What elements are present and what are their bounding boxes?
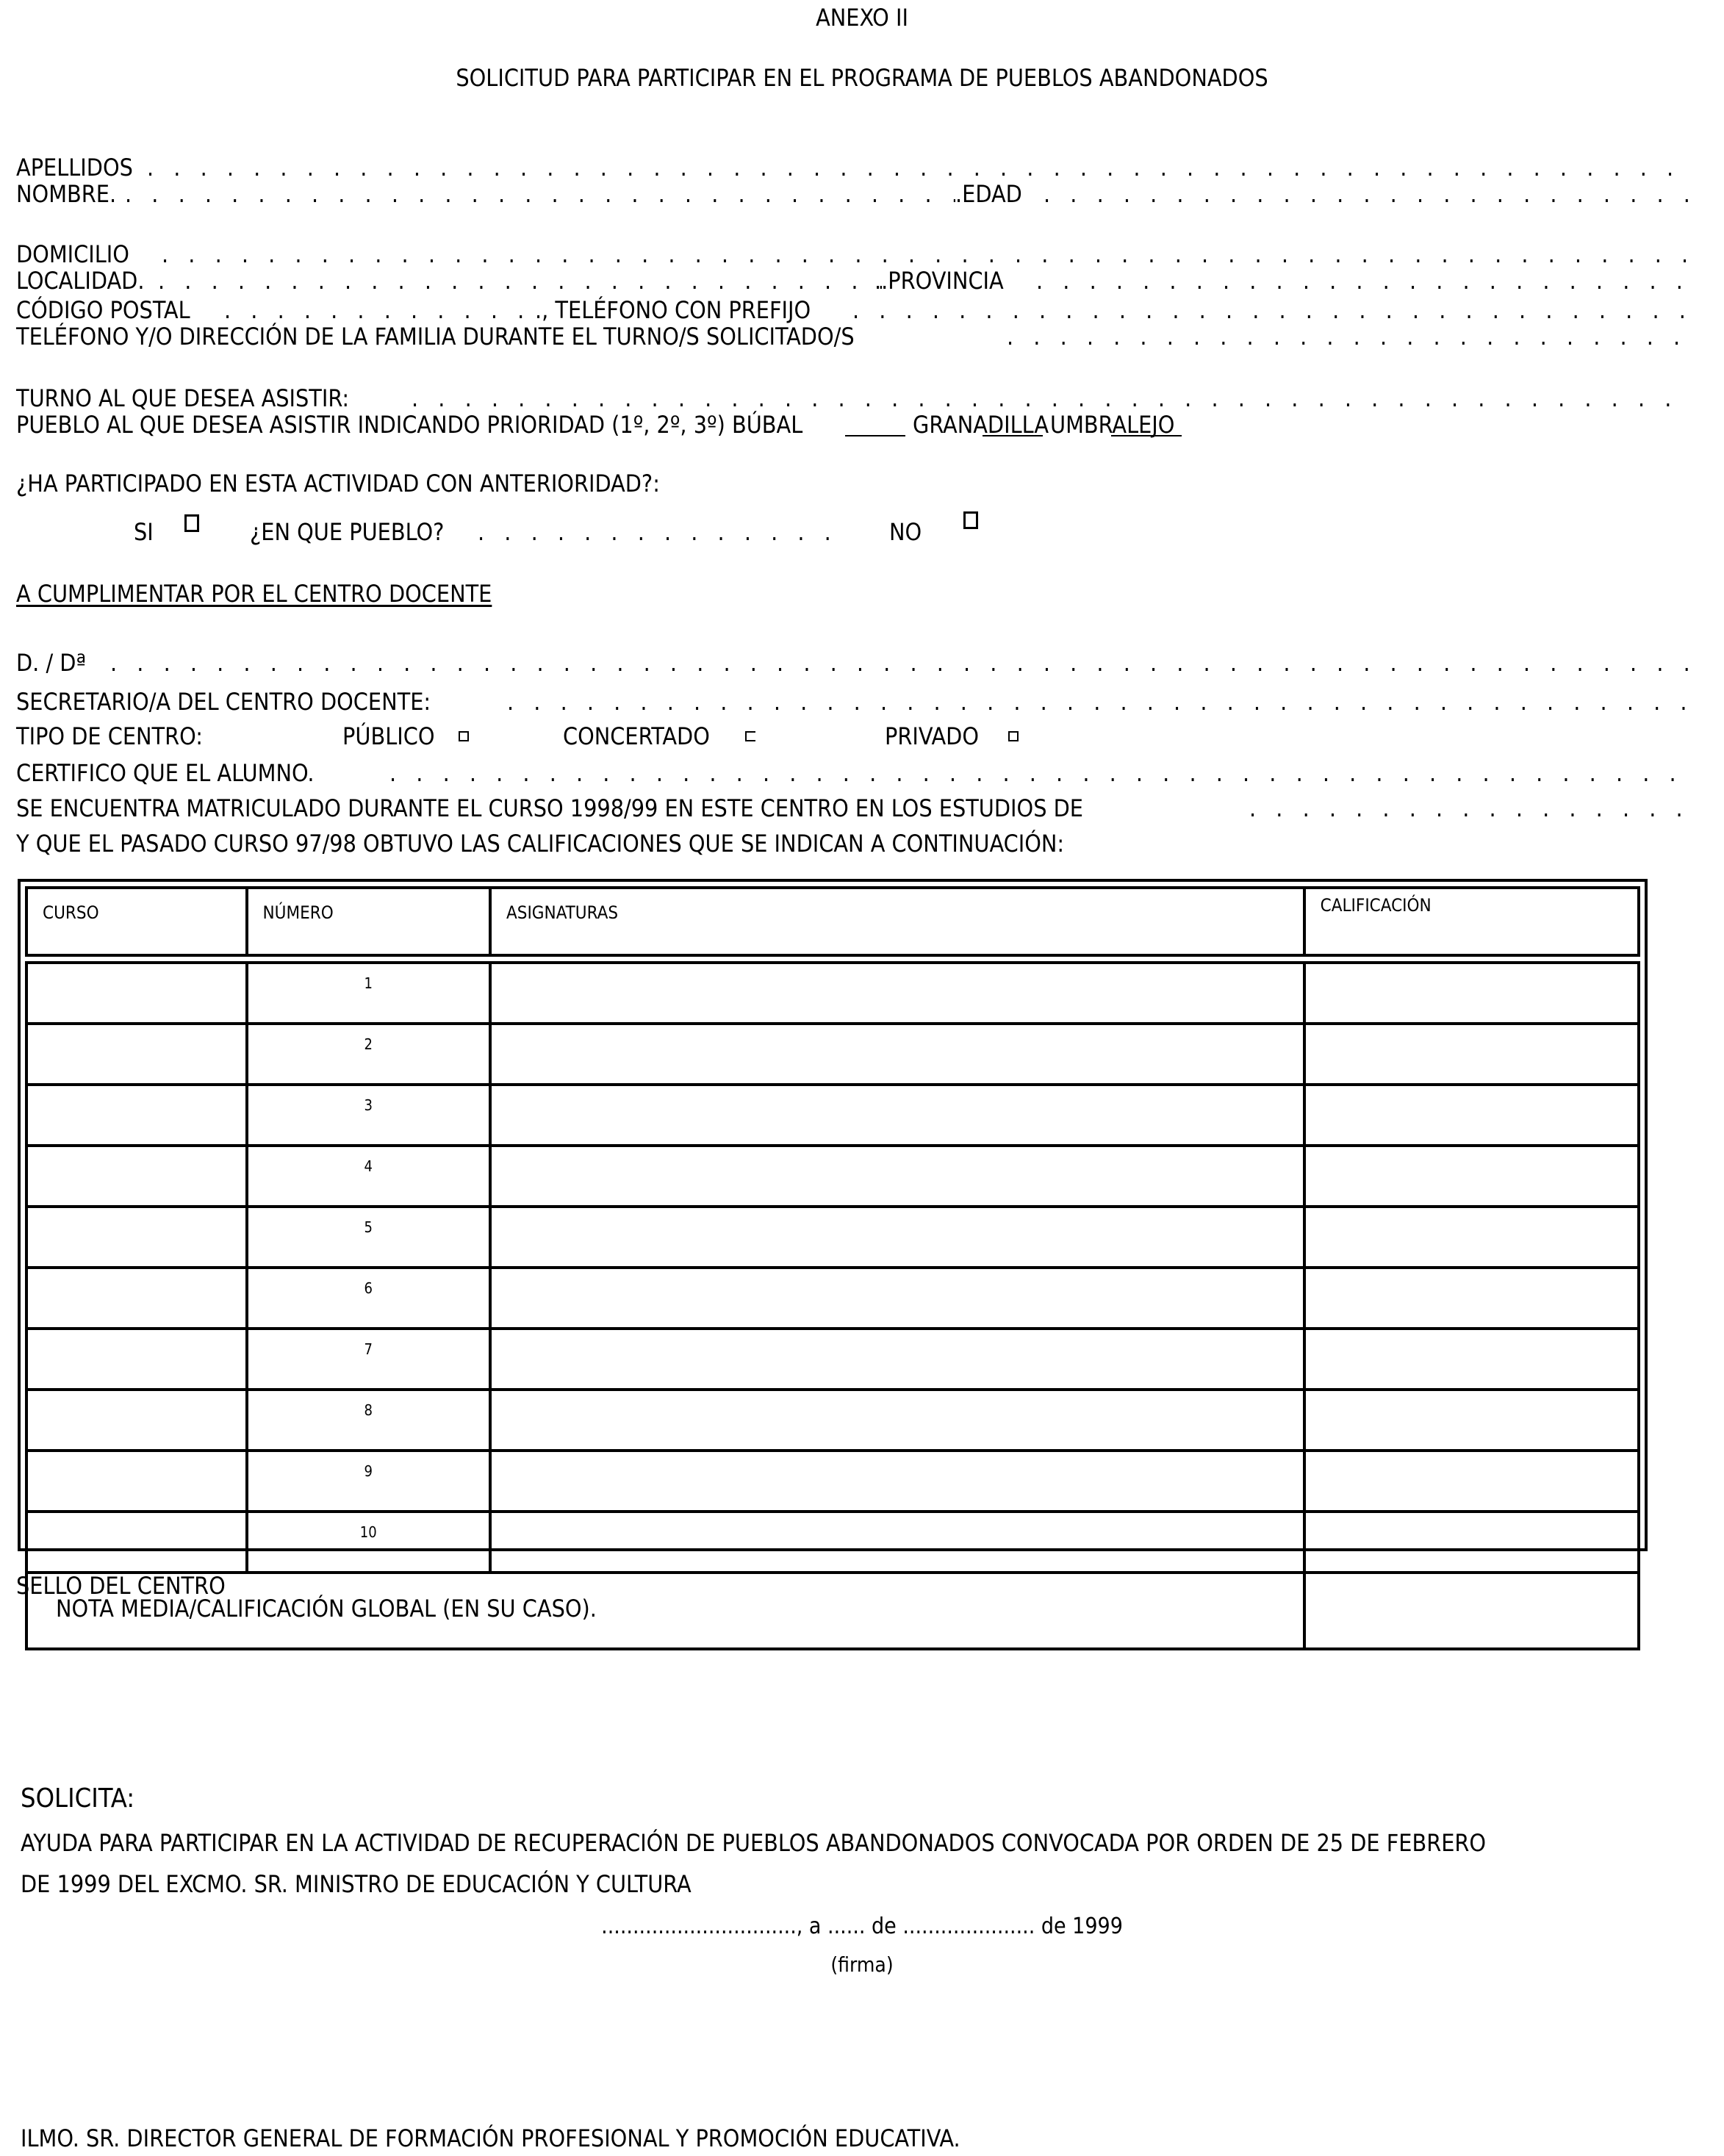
checkbox-privado[interactable] [1008, 731, 1019, 741]
section-title-centro-docente: A CUMPLIMENTAR POR EL CENTRO DOCENTE [16, 581, 492, 607]
column-header-curso: CURSO [26, 888, 247, 955]
table-row: 5 [26, 1207, 1639, 1268]
cell-calificacion[interactable] [1304, 1268, 1639, 1329]
cell-curso[interactable] [26, 1085, 247, 1146]
cell-numero: 3 [247, 1085, 490, 1146]
cell-asignatura[interactable] [490, 1451, 1304, 1512]
field-secretario[interactable] [507, 689, 1690, 715]
cell-asignatura[interactable] [490, 1329, 1304, 1390]
cell-calificacion[interactable] [1304, 1329, 1639, 1390]
cell-calificacion[interactable] [1304, 1024, 1639, 1085]
cell-asignatura[interactable] [490, 1390, 1304, 1451]
cell-asignatura[interactable] [490, 1146, 1304, 1207]
label-en-que-pueblo: ¿EN QUE PUEBLO? [250, 519, 444, 545]
label-telefono-prefijo: ., TELÉFONO CON PREFIJO [535, 297, 811, 323]
label-certifico: CERTIFICO QUE EL ALUMNO. [16, 760, 314, 786]
field-en-que-pueblo[interactable] [478, 519, 838, 545]
label-no: NO [889, 519, 922, 545]
cell-numero: 10 [247, 1512, 490, 1573]
label-secretario: SECRETARIO/A DEL CENTRO DOCENTE: [16, 689, 431, 715]
field-umbralejo[interactable] [1111, 435, 1182, 436]
table-row: 4 [26, 1146, 1639, 1207]
cell-numero: 8 [247, 1390, 490, 1451]
label-provincia: ..PROVINCIA [874, 267, 1004, 294]
cell-numero: 4 [247, 1146, 490, 1207]
cell-curso[interactable] [26, 963, 247, 1024]
checkbox-no[interactable] [963, 511, 978, 529]
cell-asignatura[interactable] [490, 1268, 1304, 1329]
label-turno: TURNO AL QUE DESEA ASISTIR: [16, 385, 349, 412]
column-header-numero: NÚMERO [247, 888, 490, 955]
label-telefono-familia: TELÉFONO Y/O DIRECCIÓN DE LA FAMILIA DUR… [16, 323, 855, 350]
cell-curso[interactable] [26, 1024, 247, 1085]
column-header-asignaturas: ASIGNATURAS [490, 888, 1304, 955]
cell-numero: 5 [247, 1207, 490, 1268]
signature-label: (firma) [0, 1952, 1724, 1978]
annex-label: ANEXO II [0, 4, 1724, 31]
label-edad: .EDAD [955, 181, 1022, 207]
label-sello-centro: SELLO DEL CENTRO [16, 1573, 226, 1599]
field-domicilio[interactable] [162, 241, 1690, 267]
table-row: 8 [26, 1390, 1639, 1451]
field-turno[interactable] [412, 385, 1690, 412]
field-estudios[interactable] [1249, 795, 1690, 822]
label-si: SI [134, 519, 154, 545]
cell-calificacion[interactable] [1304, 1512, 1639, 1573]
cell-calificacion[interactable] [1304, 1085, 1639, 1146]
cell-curso[interactable] [26, 1451, 247, 1512]
cell-asignatura[interactable] [490, 1085, 1304, 1146]
cell-curso[interactable] [26, 1268, 247, 1329]
table-row: 7 [26, 1329, 1639, 1390]
request-text-line-2: DE 1999 DEL EXCMO. SR. MINISTRO DE EDUCA… [21, 1871, 692, 1897]
field-telefono-familia[interactable] [1007, 323, 1690, 350]
field-edad[interactable] [1044, 181, 1690, 207]
label-calificaciones-intro: Y QUE EL PASADO CURSO 97/98 OBTUVO LAS C… [16, 830, 1064, 857]
checkbox-publico[interactable] [459, 731, 469, 741]
label-localidad: LOCALIDAD. [16, 267, 144, 294]
cell-numero: 9 [247, 1451, 490, 1512]
field-granadilla[interactable] [983, 435, 1043, 436]
form-title: SOLICITUD PARA PARTICIPAR EN EL PROGRAMA… [0, 65, 1724, 91]
date-place-line[interactable]: ..............................., a .....… [0, 1914, 1724, 1940]
cell-calificacion[interactable] [1304, 1146, 1639, 1207]
cell-numero: 2 [247, 1024, 490, 1085]
table-row: 6 [26, 1268, 1639, 1329]
table-row: 9 [26, 1451, 1639, 1512]
field-nombre[interactable] [125, 181, 955, 207]
label-previous-question: ¿HA PARTICIPADO EN ESTA ACTIVIDAD CON AN… [16, 470, 660, 497]
cell-curso[interactable] [26, 1146, 247, 1207]
cell-asignatura[interactable] [490, 1207, 1304, 1268]
label-tipo-centro: TIPO DE CENTRO: [16, 723, 203, 750]
cell-curso[interactable] [26, 1207, 247, 1268]
cell-asignatura[interactable] [490, 1024, 1304, 1085]
table-row: 10 [26, 1512, 1639, 1573]
table-row: 2 [26, 1024, 1639, 1085]
cell-numero: 7 [247, 1329, 490, 1390]
table-footer-row: NOTA MEDIA/CALIFICACIÓN GLOBAL (EN SU CA… [26, 1573, 1639, 1649]
label-umbralejo: UMBRALEJO [1050, 412, 1174, 438]
cell-calificacion[interactable] [1304, 1207, 1639, 1268]
field-provincia[interactable] [1036, 267, 1690, 294]
field-telefono-prefijo[interactable] [852, 297, 1690, 323]
checkbox-concertado[interactable] [745, 731, 755, 741]
checkbox-si[interactable] [184, 514, 199, 532]
field-apellidos[interactable] [147, 154, 1690, 181]
cell-calificacion[interactable] [1304, 1451, 1639, 1512]
cell-calificacion[interactable] [1304, 1390, 1639, 1451]
label-solicita: SOLICITA: [21, 1786, 134, 1812]
cell-curso[interactable] [26, 1329, 247, 1390]
nota-media-value[interactable] [1304, 1573, 1639, 1649]
label-apellidos: APELLIDOS [16, 154, 133, 181]
field-localidad[interactable] [158, 267, 882, 294]
field-bubal[interactable] [845, 435, 905, 436]
cell-numero: 6 [247, 1268, 490, 1329]
field-d-da[interactable] [110, 650, 1690, 676]
label-codigo-postal: CÓDIGO POSTAL [16, 297, 190, 323]
header-separator [26, 955, 1639, 963]
label-concertado: CONCERTADO [563, 723, 710, 750]
cell-asignatura[interactable] [490, 1512, 1304, 1573]
field-codigo-postal[interactable] [224, 297, 536, 323]
label-nombre: NOMBRE. [16, 181, 116, 207]
request-text-line-1: AYUDA PARA PARTICIPAR EN LA ACTIVIDAD DE… [21, 1830, 1486, 1856]
table-row: 3 [26, 1085, 1639, 1146]
label-granadilla: GRANADILLA [913, 412, 1049, 438]
addressee: ILMO. SR. DIRECTOR GENERAL DE FORMACIÓN … [21, 2125, 960, 2152]
cell-numero: 1 [247, 963, 490, 1024]
label-d-da: D. / Dª [16, 650, 86, 676]
label-publico: PÚBLICO [342, 723, 434, 750]
column-header-calificacion: CALIFICACIÓN [1304, 888, 1639, 955]
cell-asignatura[interactable] [490, 963, 1304, 1024]
label-pueblo-prioridad: PUEBLO AL QUE DESEA ASISTIR INDICANDO PR… [16, 412, 802, 438]
field-alumno[interactable] [389, 760, 1690, 786]
cell-calificacion[interactable] [1304, 963, 1639, 1024]
grades-table: CURSO NÚMERO ASIGNATURAS CALIFICACIÓN 12… [25, 886, 1640, 1650]
cell-curso[interactable] [26, 1390, 247, 1451]
table-row: 1 [26, 963, 1639, 1024]
label-domicilio: DOMICILIO [16, 241, 129, 267]
label-matriculado: SE ENCUENTRA MATRICULADO DURANTE EL CURS… [16, 795, 1083, 822]
label-privado: PRIVADO [885, 723, 979, 750]
cell-curso[interactable] [26, 1512, 247, 1573]
